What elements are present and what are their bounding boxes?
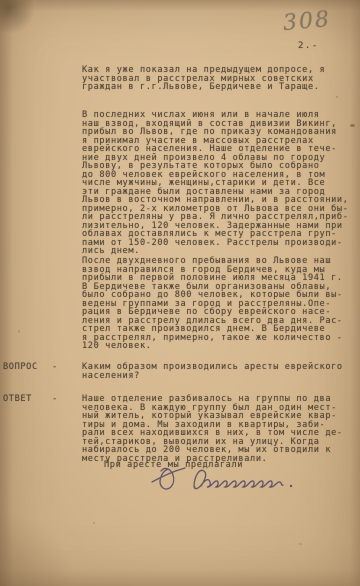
paper-speck: [93, 522, 95, 524]
paragraph-1: Как я уже показал на предыдущем допросе,…: [82, 66, 358, 92]
question-dash: -: [52, 363, 64, 372]
answer-text: Наше отделение разбивалось на группы по …: [82, 395, 358, 463]
paper-speck: [336, 96, 338, 98]
handwritten-page-number: 308: [282, 7, 332, 36]
document-page: 308 2.- Как я уже показал на предыдущем …: [0, 0, 360, 586]
answer-dash: -: [52, 395, 64, 404]
paper-speck: [350, 124, 355, 127]
paragraph-2: В последних числах июня или в начале июл…: [82, 111, 358, 256]
paper-speck: [18, 330, 20, 333]
typed-page-number: 2.-: [298, 42, 319, 51]
paragraph-3: После двухдневного пребывания во Львове …: [82, 257, 358, 351]
question-text: Каким образом производились аресты еврей…: [82, 363, 358, 380]
paper-speck: [299, 543, 302, 545]
handwritten-signature: [148, 459, 316, 499]
